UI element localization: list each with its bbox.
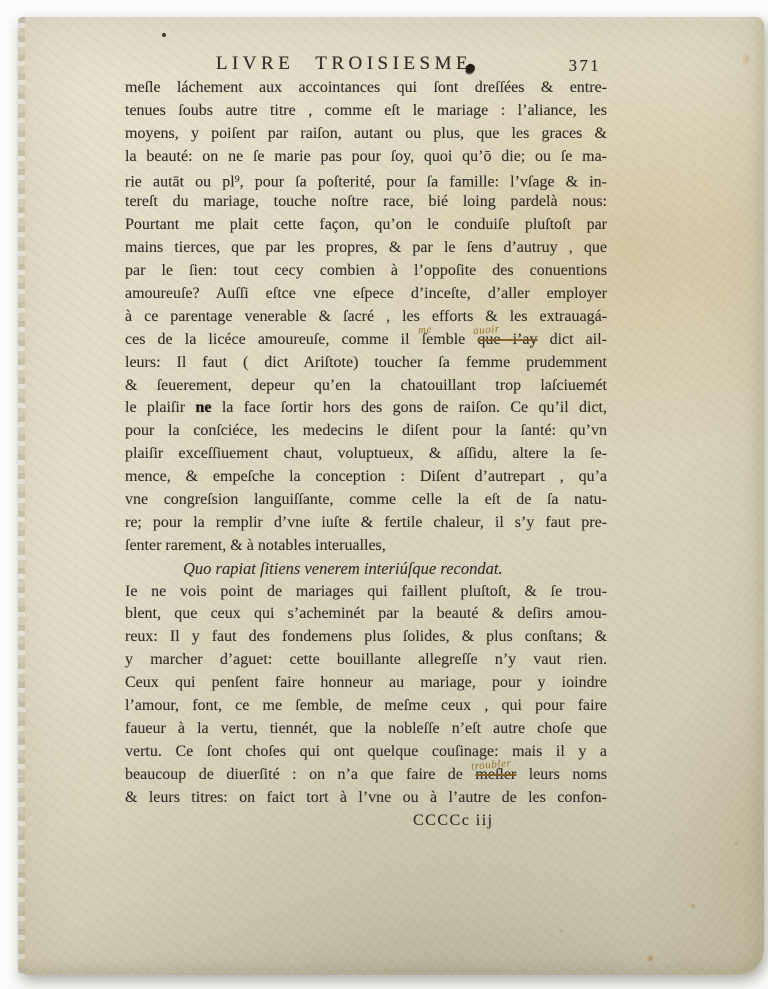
text-line: Quo rapiat ſitiens venerem interiúſque r… [125, 558, 607, 581]
handwritten-annotation: auoir [473, 324, 501, 336]
handwritten-annotation: me [417, 324, 432, 335]
text-line: plaiſir exceſſiuement chaut, voluptueux,… [125, 443, 607, 466]
scan-background: LIVRE TROISIESME 371 meſle láchement aux… [0, 0, 768, 989]
text-segment: mains tierces, que par les propres, & pa… [125, 239, 607, 256]
text-segment: ces de la licéce amoureuſe, comme il [125, 331, 422, 348]
text-line: Pourtant me plait cette façon, qu’on le … [125, 214, 607, 237]
text-line: moyens, y poiſent par raiſon, autant ou … [125, 123, 607, 146]
text-line: & leurs titres: on faict tort à l’vne ou… [125, 787, 607, 810]
text-line: blent, que ceux qui s’acheminét par la b… [125, 603, 607, 626]
foxing-spot [734, 841, 739, 846]
page-content: LIVRE TROISIESME 371 meſle láchement aux… [125, 53, 607, 832]
text-segment: meſle láchement aux accointances qui ſon… [125, 79, 607, 96]
book-page: LIVRE TROISIESME 371 meſle láchement aux… [18, 17, 764, 975]
text-segment: l’amour, font, ce me ſemble, de meſme ce… [125, 697, 607, 714]
text-segment: rie autāt ou pl [125, 173, 235, 190]
text-line: Ceux qui penſent faire honneur au mariag… [125, 672, 607, 695]
text-segment: & ſeuerement, depeur qu’en la chatouilla… [125, 377, 607, 394]
text-segment: Ie ne vois point de mariages qui faillen… [125, 583, 607, 600]
text-segment: à ce parentage venerable & ſacré , les e… [125, 308, 607, 325]
text-line: pour la conſciéce, les medecins le diſen… [125, 420, 607, 443]
text-segment: CCCCc iij [413, 812, 494, 829]
foxing-spot [646, 955, 655, 962]
text-segment: vne congreſsion languiſſante, comme cell… [125, 491, 607, 508]
ink-speck [162, 33, 166, 37]
text-line: la beauté: on ne ſe marie pas pour ſoy, … [125, 146, 607, 169]
text-line: l’amour, font, ce me ſemble, de meſme ce… [125, 695, 607, 718]
text-line: mains tierces, que par les propres, & pa… [125, 237, 607, 260]
text-segment: amoureuſe? Auſſi eſtce vne eſpece d’ince… [125, 285, 607, 302]
text-line: re; pour la remplir d’vne iuſte & fertil… [125, 512, 607, 535]
foxing-spot [742, 51, 751, 67]
text-line: tereſt du mariage, touche noſtre race, b… [125, 191, 607, 214]
text-segment: la beauté: on ne ſe marie pas pour ſoy, … [125, 148, 607, 165]
text-segment: re; pour la remplir d’vne iuſte & fertil… [125, 514, 607, 531]
text-segment: le plaiſir [125, 399, 195, 416]
text-segment: moyens, y poiſent par raiſon, autant ou … [125, 125, 607, 142]
struck-word: meſlertroubler [475, 766, 516, 783]
text-segment: reux: Il y faut des fondemens plus ſolid… [125, 628, 607, 645]
text-segment: Quo rapiat ſitiens venerem interiúſque r… [183, 559, 503, 578]
text-line: amoureuſe? Auſſi eſtce vne eſpece d’ince… [125, 283, 607, 306]
text-line: meſle láchement aux accointances qui ſon… [125, 77, 607, 100]
text-line: ſenter rarement, & à notables interualle… [125, 535, 607, 558]
text-segment: ſenter rarement, & à notables interualle… [125, 537, 386, 554]
text-line: leurs: Il faut ( dict Ariſtote) toucher … [125, 352, 607, 375]
text-line: à ce parentage venerable & ſacré , les e… [125, 306, 607, 329]
foxing-spot [690, 903, 696, 909]
text-line: tenues ſoubs autre titre , comme eſt le … [125, 100, 607, 123]
foxing-spot [558, 929, 563, 933]
page-header: LIVRE TROISIESME 371 [125, 53, 607, 77]
text-line: CCCCc iij [125, 810, 607, 833]
text-segment: plaiſir exceſſiuement chaut, voluptueux,… [125, 445, 607, 462]
text-segment: & leurs titres: on faict tort à l’vne ou… [125, 789, 607, 806]
text-segment: ſemble me [422, 331, 478, 348]
text-line: ces de la licéce amoureuſe, comme il ſem… [125, 329, 607, 352]
text-segment: Ceux qui penſent faire honneur au mariag… [125, 674, 607, 691]
text-segment: y marcher d’aguet: cette bouillante alle… [125, 651, 607, 668]
text-line: vertu. Ce ſont choſes qui ont quelque co… [125, 741, 607, 764]
handwritten-annotation: troubler [471, 758, 512, 771]
text-line: le plaiſir ne la face ſortir hors des go… [125, 397, 607, 420]
running-title: LIVRE TROISIESME [103, 53, 585, 75]
text-segment: leurs noms [516, 766, 607, 783]
text-segment: beaucoup de diuerſité : on n’a que faire… [125, 766, 475, 783]
text-line: reux: Il y faut des fondemens plus ſolid… [125, 626, 607, 649]
text-segment: dict ail- [537, 331, 607, 348]
text-segment: la face ſortir hors des gons de raiſon. … [211, 399, 607, 416]
text-segment: par le ſien: tout cecy combien à l’oppoſ… [125, 262, 607, 279]
text-line: faueur à la vertu, tiennét, que la noble… [125, 718, 607, 741]
page-number: 371 [569, 56, 601, 76]
text-segment: , pour ſa poſterité, pour ſa famille: l’… [240, 173, 607, 190]
text-segment: Pourtant me plait cette façon, qu’on le … [125, 216, 607, 233]
text-segment: pour la conſciéce, les medecins le diſen… [125, 422, 607, 439]
text-line: rie autāt ou pl9, pour ſa poſterité, pou… [125, 169, 607, 192]
text-line: vne congreſsion languiſſante, comme cell… [125, 489, 607, 512]
text-line: beaucoup de diuerſité : on n’a que faire… [125, 764, 607, 787]
text-line: & ſeuerement, depeur qu’en la chatouilla… [125, 375, 607, 398]
text-body: meſle láchement aux accointances qui ſon… [125, 77, 607, 832]
text-line: par le ſien: tout cecy combien à l’oppoſ… [125, 260, 607, 283]
text-segment: tereſt du mariage, touche noſtre race, b… [125, 193, 607, 210]
text-segment: leurs: Il faut ( dict Ariſtote) toucher … [125, 354, 607, 371]
text-segment: mence, & empeſche la conception : Diſent… [125, 468, 607, 485]
text-line: Ie ne vois point de mariages qui faillen… [125, 581, 607, 604]
struck-word: que i’ayauoir [477, 331, 537, 348]
text-segment: vertu. Ce ſont choſes qui ont quelque co… [125, 743, 607, 760]
text-segment: blent, que ceux qui s’acheminét par la b… [125, 605, 607, 622]
text-segment: ne [195, 399, 211, 416]
text-segment: faueur à la vertu, tiennét, que la noble… [125, 720, 607, 737]
text-line: mence, & empeſche la conception : Diſent… [125, 466, 607, 489]
text-line: y marcher d’aguet: cette bouillante alle… [125, 649, 607, 672]
text-segment: tenues ſoubs autre titre , comme eſt le … [125, 102, 607, 119]
